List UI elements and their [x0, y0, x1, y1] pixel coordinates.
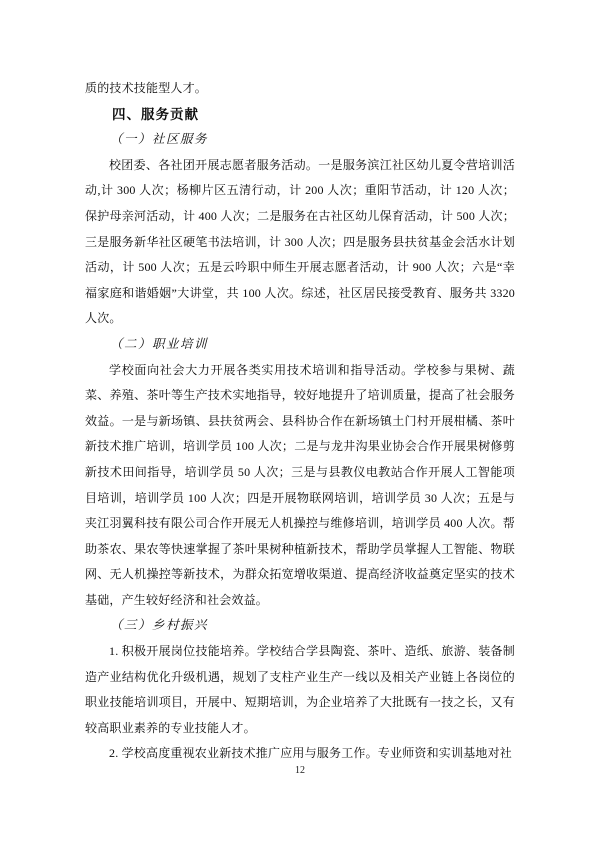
document-body: 质的技术技能型人才。 四、服务贡献 （一）社区服务 校团委、各社团开展志愿者服务… — [85, 76, 515, 767]
subsection-heading-vocational-training: （二）职业培训 — [85, 332, 515, 358]
paragraph-vocational-training: 学校面向社会大力开展各类实用技术培训和指导活动。学校参与果树、蔬菜、养殖、茶叶等… — [85, 358, 515, 614]
section-heading: 四、服务贡献 — [85, 102, 515, 128]
subsection-heading-community-service: （一）社区服务 — [85, 127, 515, 153]
document-page: 质的技术技能型人才。 四、服务贡献 （一）社区服务 校团委、各社团开展志愿者服务… — [0, 0, 600, 848]
paragraph-rural-revitalization-1: 1. 积极开展岗位技能培养。学校结合学县陶瓷、茶叶、造纸、旅游、装备制造产业结构… — [85, 639, 515, 741]
paragraph-continuation: 质的技术技能型人才。 — [85, 76, 515, 102]
page-number: 12 — [0, 764, 600, 778]
subsection-heading-rural-revitalization: （三）乡村振兴 — [85, 613, 515, 639]
paragraph-community-service: 校团委、各社团开展志愿者服务活动。一是服务滨江社区幼儿夏令营培训活动,计 300… — [85, 153, 515, 332]
